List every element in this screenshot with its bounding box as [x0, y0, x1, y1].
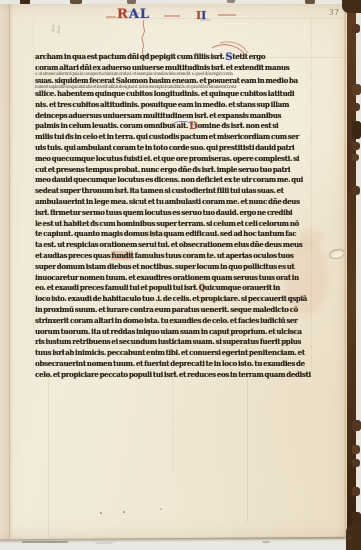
initial-d-penwork — [170, 118, 200, 132]
fore-edge-tab — [352, 142, 360, 150]
parchment-crease — [247, 372, 248, 522]
text-line: uis tuis. qui ambulant coram te in toto … — [35, 143, 312, 154]
fore-edge-tab — [352, 186, 360, 195]
fore-edge-tab — [352, 487, 360, 496]
edge-smudge — [95, 542, 113, 544]
text-line: isrł. firmetur sermo tuus quem locutus e… — [35, 208, 312, 219]
initial-s-penwork — [208, 40, 254, 58]
text-line: nis. et tres cubitos altitudinis. posuit… — [35, 100, 312, 111]
gloss-line: s. ut omnes uiderent quia in conspectu o… — [35, 72, 312, 74]
text-line: ambulauerint in lege mea. sicut et tu am… — [35, 197, 312, 208]
text-line: meo quecumque locutus fuisti ei. et que … — [35, 154, 312, 165]
parchment-crease — [48, 372, 49, 538]
fore-edge-tab — [352, 121, 361, 139]
text-line: celo. et propiciare peccato populi tui i… — [35, 369, 312, 380]
text-block: archam in qua est pactum dñi qđ pepigit … — [35, 52, 312, 381]
fore-edge-tab — [352, 84, 361, 95]
edge-smudge — [262, 541, 270, 543]
gutter-fold-line — [9, 4, 10, 539]
top-edge-tab — [227, 0, 235, 3]
text-line: silice. habentem quinque cubitos longitu… — [35, 89, 312, 100]
fore-edge-tab — [352, 459, 360, 467]
text-line: super domum istam diebus et noctibus. su… — [35, 262, 312, 273]
page-edge-highlight — [344, 8, 346, 536]
page-gutter — [0, 4, 13, 539]
text-line: ta est. ut respicias orationem serui tui… — [35, 240, 312, 251]
corner-shadow-top-right — [342, 0, 361, 13]
folio-number: 37 — [329, 8, 340, 17]
text-line: in proximū suum. et iurare contra eum pa… — [35, 305, 312, 316]
text-line: archam in qua est pactum dñi qđ pepigit … — [35, 52, 312, 63]
text-line: milis tui đs in celo et in terra. qui cu… — [35, 132, 312, 143]
ink-speck — [100, 512, 102, 514]
fore-edge-tab — [352, 420, 361, 431]
manuscript-scan: RAL II 37 11 archam in qua est pactum dñ… — [0, 0, 361, 550]
gloss-line: numeri sapientie longanimitatis et beati… — [35, 85, 312, 87]
text-line: loco isto. exaudi de habitaculo tuo .i. … — [35, 294, 312, 305]
parchment-crease — [172, 372, 173, 472]
fore-edge-tab — [352, 24, 360, 33]
fore-edge-tab — [352, 103, 360, 111]
ink-speck — [160, 508, 162, 510]
text-line: strinxerit coram altari in domo ista. tu… — [35, 316, 312, 327]
text-line: tuus isrł ab inimicis. peccabunt enim ti… — [35, 348, 312, 359]
text-line: eo. et exaudi preces famuli tui et popul… — [35, 283, 312, 294]
ruling-line-left — [33, 20, 34, 372]
fore-edge-tab — [352, 154, 359, 161]
text-line: te capiunt. quanto magis domus ista quam… — [35, 229, 312, 240]
ink-speck — [123, 511, 125, 513]
fore-edge-tab — [352, 445, 360, 454]
text-line: et audias preces quas fundit famulus tuu… — [35, 251, 312, 262]
text-line: ris iustum retribuens ei secundum iustic… — [35, 337, 312, 348]
text-line: obsecrauerint nomen tuum. et fuerint dep… — [35, 359, 312, 370]
text-line: sedeat super thronum isrł. ita tamen si … — [35, 186, 312, 197]
text-line: meo dauid quecumque locutus es dicens. n… — [35, 175, 312, 186]
edge-smudge — [22, 541, 68, 543]
